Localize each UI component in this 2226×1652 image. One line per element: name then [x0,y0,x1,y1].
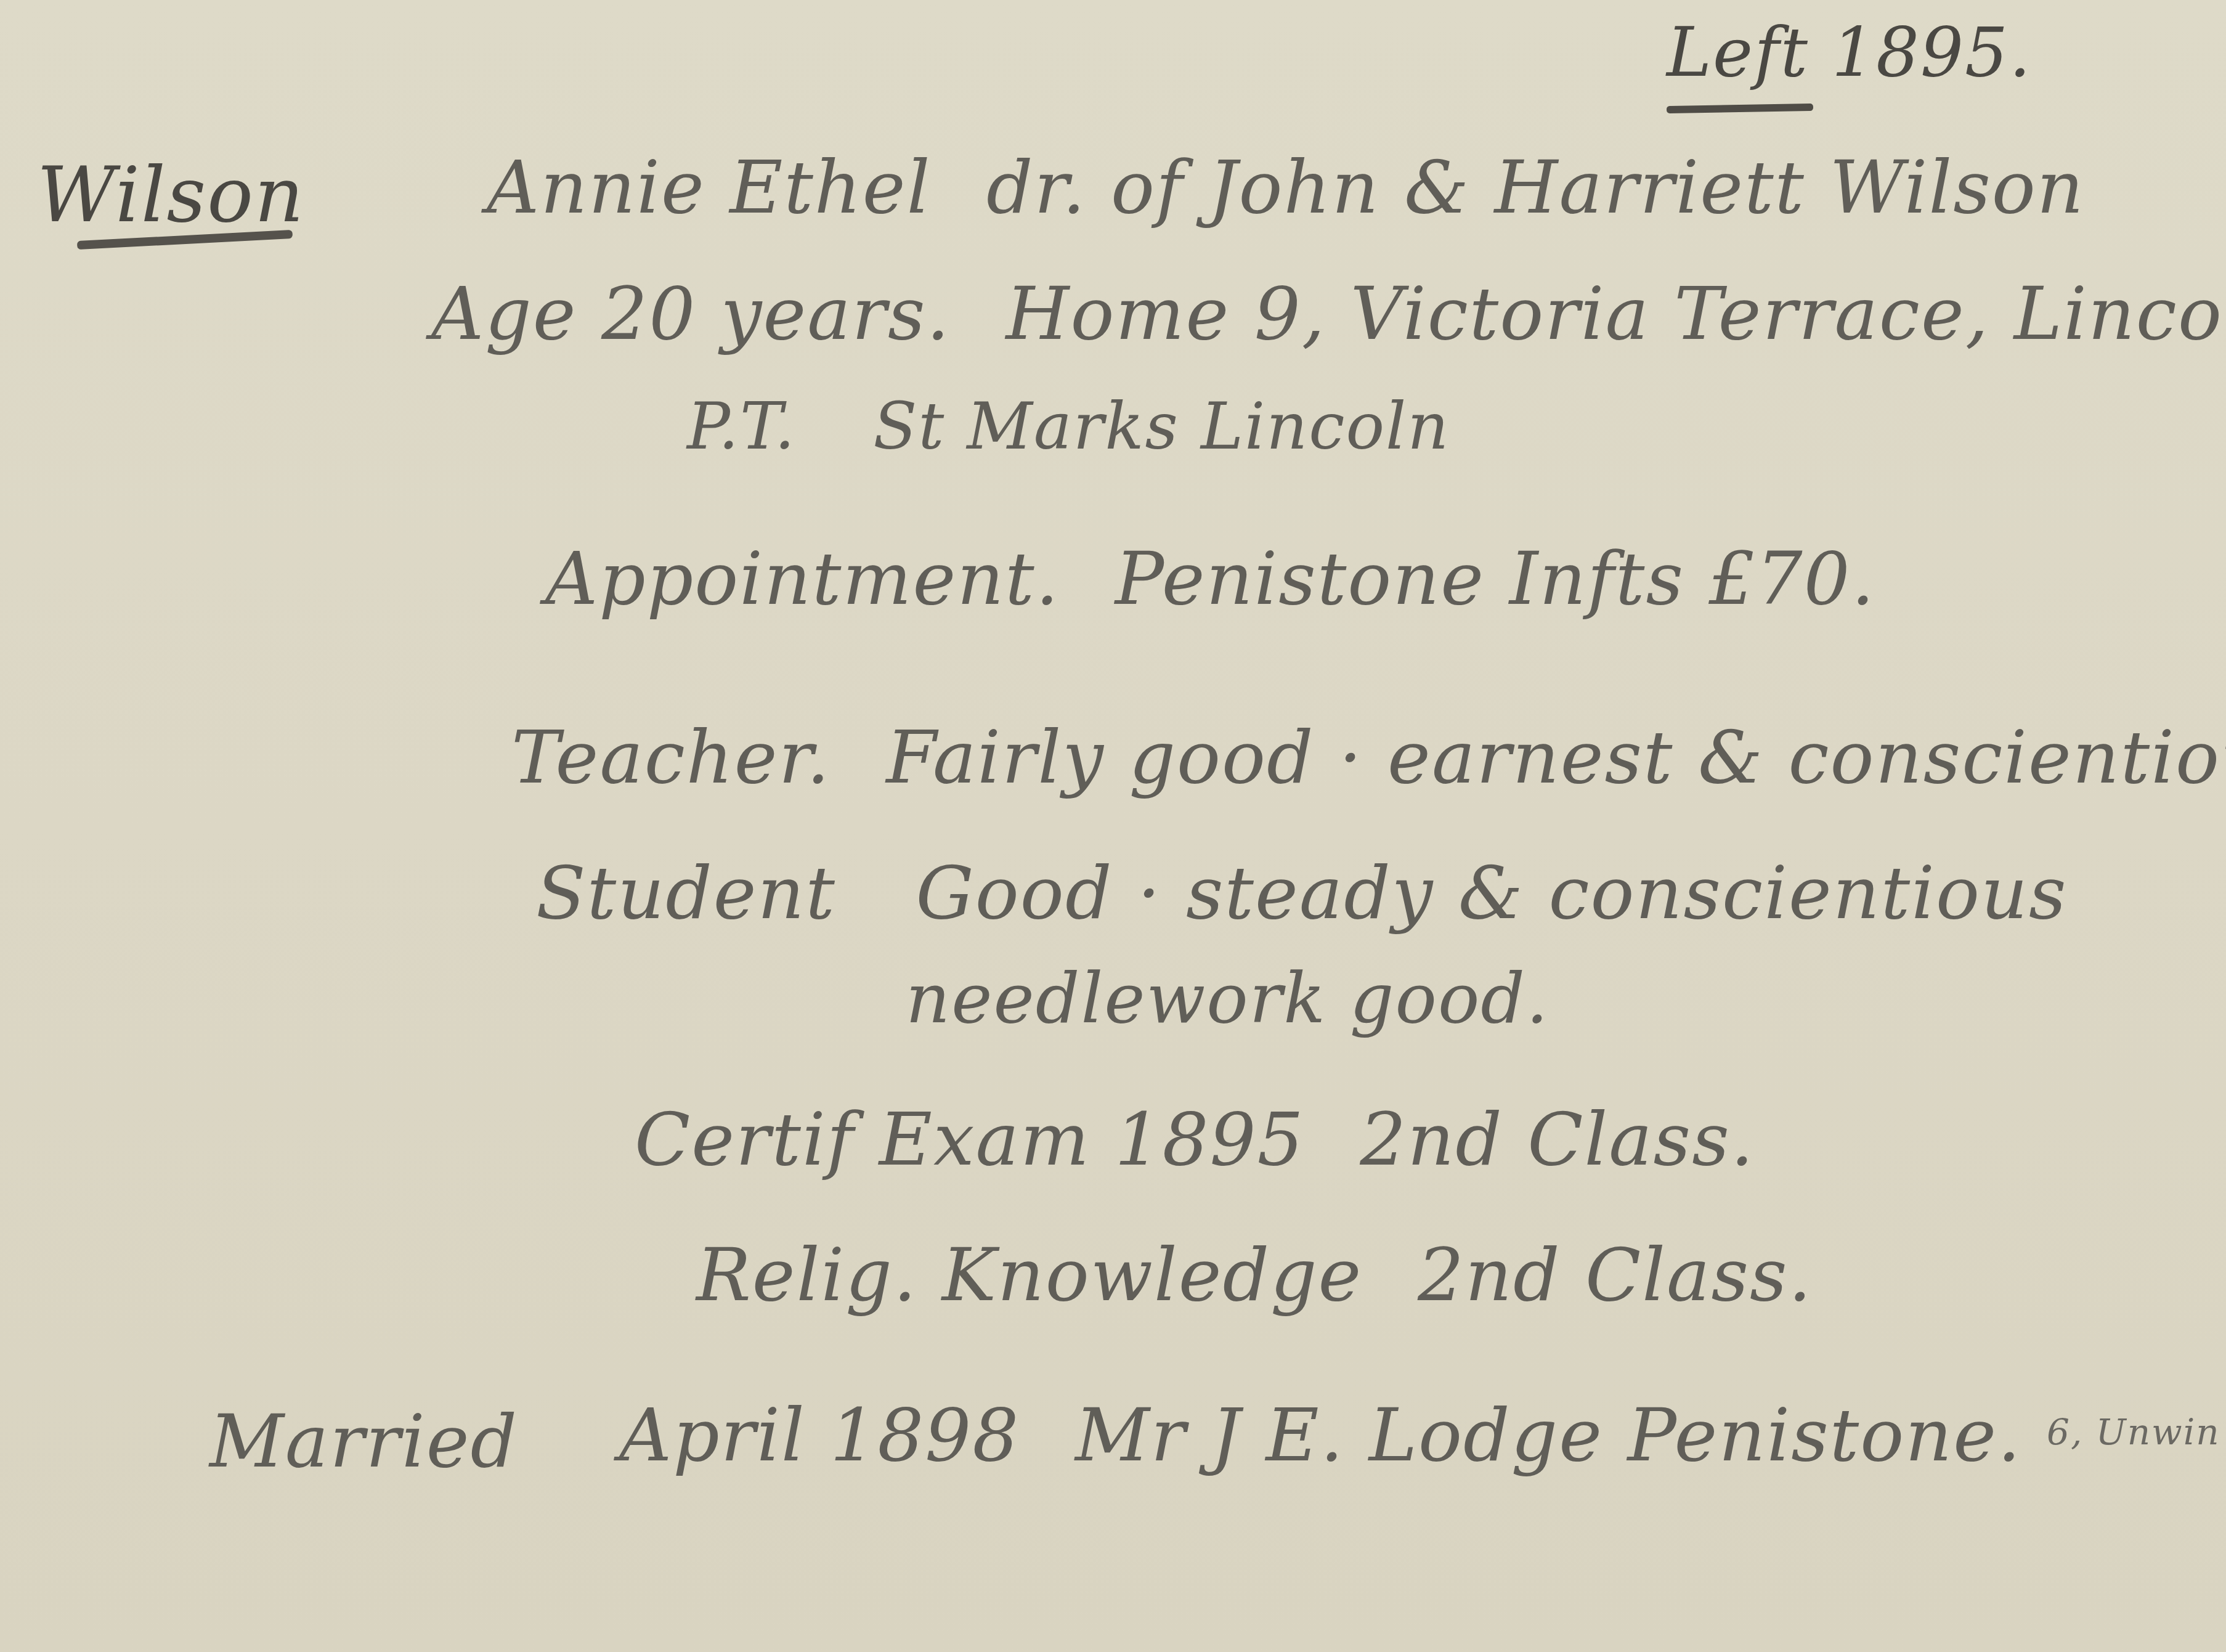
pt-label: P.T. [687,389,796,464]
pt-value: St Marks Lincoln [873,389,1450,464]
religious-knowledge-line: Relig. Knowledge 2nd Class. [696,1239,1813,1311]
needlework-line: needlework good. [906,964,1550,1033]
certif-value: 2nd Class. [1360,1097,1755,1182]
address-side-note: 6, Unwin St. [2047,1414,2226,1450]
left-note-underline [1667,104,1813,113]
student-line: Student Good · steady & conscientious [536,857,2067,929]
student-label: Student [536,850,836,935]
teacher-label: Teacher. [511,715,831,800]
spouse-name: Mr J E. Lodge Penistone. [1075,1393,2022,1478]
relig-value: 2nd Class. [1418,1232,1813,1317]
pt-line: P.T. St Marks Lincoln [687,394,1450,458]
age-home-line: Age 20 years. Home 9, Victoria Terrace, … [431,277,2226,350]
appointment-value: Penistone Infts £70. [1115,536,1876,621]
married-label: Married [209,1405,518,1478]
marriage-details: April 1898 Mr J E. Lodge Penistone. [619,1399,2022,1471]
appointment-line: Appointment. Penistone Infts £70. [545,542,1875,615]
teacher-value: Fairly good · earnest & conscientious [886,715,2226,800]
certificate-exam-line: Certif Exam 1895 2nd Class. [635,1103,1755,1176]
appointment-label: Appointment. [545,536,1060,621]
home-address: Home 9, Victoria Terrace, Lincoln. [1006,271,2226,356]
parentage: dr. of John & Harriett Wilson [986,145,2085,230]
age-value: Age 20 years. [431,271,951,356]
marriage-date: April 1898 [619,1393,1020,1478]
teacher-line: Teacher. Fairly good · earnest & conscie… [511,721,2226,794]
certif-label: Certif Exam 1895 [635,1097,1305,1182]
surname-heading: Wilson [37,157,305,234]
name-line: Annie Ethel dr. of John & Harriett Wilso… [487,151,2085,224]
left-year-note: Left 1895. [1667,18,2032,86]
register-page: Left 1895. Wilson Annie Ethel dr. of Joh… [0,0,2226,1652]
student-value: Good · steady & conscientious [916,850,2068,935]
relig-label: Relig. Knowledge [696,1232,1362,1317]
given-names: Annie Ethel [487,145,931,230]
